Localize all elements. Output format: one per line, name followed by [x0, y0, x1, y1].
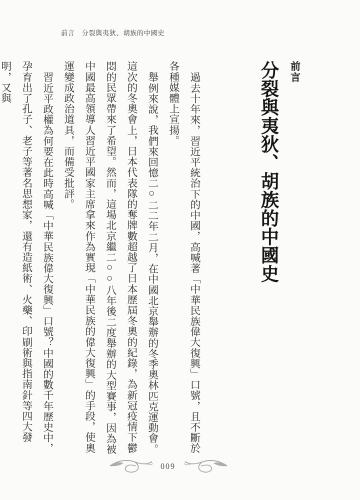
preface-label: 前言 — [286, 61, 300, 321]
paragraph-2: 舉例來說，我們來回憶二○二二年二月，在中國北京舉辦的冬季奧林匹克運動會。這次的冬… — [57, 61, 162, 460]
running-header: 前言 分裂與夷狄、胡族的中國史 — [61, 28, 165, 37]
body-text: 過去十年來，習近平統治下的中國，高喊著「中華民族偉大復興」口號，且不斷於各種媒體… — [0, 61, 204, 460]
running-header-title: 分裂與夷狄、胡族的中國史 — [82, 28, 165, 37]
page-number: 009 — [161, 462, 176, 471]
flourish-left-icon — [108, 457, 154, 475]
chapter-title: 分裂與夷狄、胡族的中國史 — [258, 61, 280, 321]
page-footer: 009 — [0, 457, 348, 475]
book-page: 前言 分裂與夷狄、胡族的中國史 前言 分裂與夷狄、胡族的中國史 過去十年來，習近… — [0, 0, 360, 500]
paragraph-3: 習近平政權為何要在此時高喊「中華民族偉大復興」口號？中國的數千年歷史中，孕育出了… — [0, 61, 57, 460]
paragraph-1: 過去十年來，習近平統治下的中國，高喊著「中華民族偉大復興」口號，且不斷於各種媒體… — [162, 61, 204, 460]
running-header-section: 前言 — [61, 28, 75, 37]
chapter-title-block: 前言 分裂與夷狄、胡族的中國史 — [258, 61, 300, 321]
flourish-right-icon — [183, 457, 229, 475]
